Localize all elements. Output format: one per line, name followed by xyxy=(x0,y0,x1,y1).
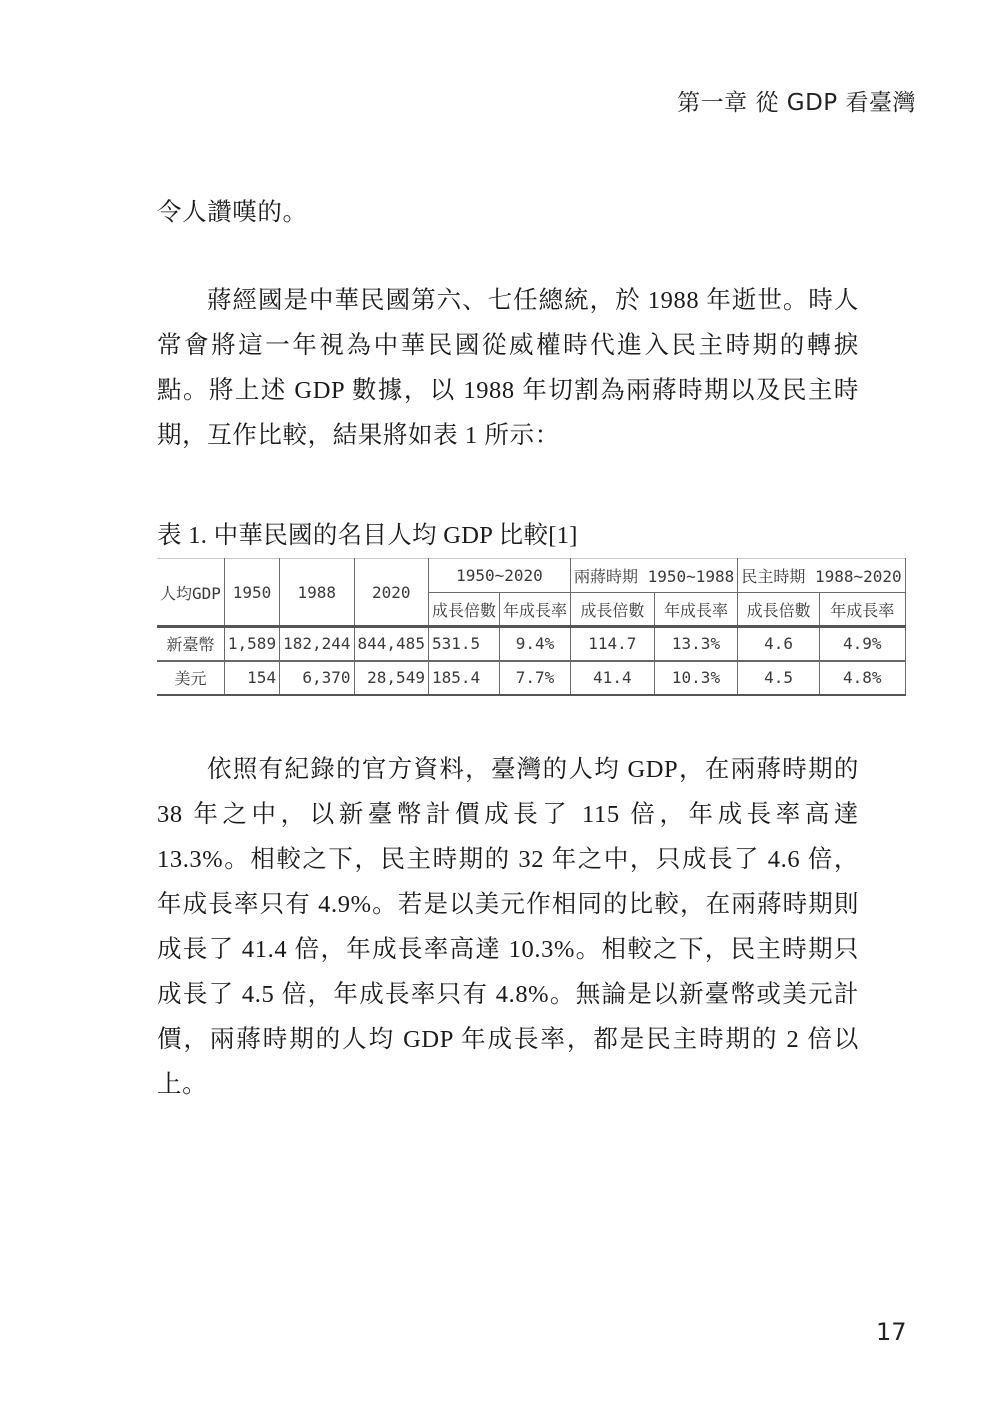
row-label: 美元 xyxy=(157,661,224,695)
table-cell: 154 xyxy=(224,661,279,695)
sub-header-growth-multiple: 成長倍數 xyxy=(428,593,499,627)
table-cell: 844,485 xyxy=(354,627,428,661)
year-header-2020: 2020 xyxy=(354,559,428,627)
sub-header-annual-growth: 年成長率 xyxy=(819,593,905,627)
table-cell: 531.5 xyxy=(428,627,499,661)
sub-header-growth-multiple: 成長倍數 xyxy=(570,593,654,627)
table-cell: 114.7 xyxy=(570,627,654,661)
paragraph-gdp-analysis: 依照有紀錄的官方資料，臺灣的人均 GDP，在兩蔣時期的 38 年之中，以新臺幣計… xyxy=(157,747,859,1107)
page-number: 17 xyxy=(876,1318,907,1346)
table-row-usd: 美元 154 6,370 28,549 185.4 7.7% 41.4 10.3… xyxy=(157,661,905,695)
table-cell: 13.3% xyxy=(654,627,738,661)
running-head: 第一章 從 GDP 看臺灣 xyxy=(677,84,916,117)
sub-header-growth-multiple: 成長倍數 xyxy=(738,593,819,627)
table-cell: 4.8% xyxy=(819,661,905,695)
table-cell: 4.6 xyxy=(738,627,819,661)
table-cell: 1,589 xyxy=(224,627,279,661)
table-cell: 7.7% xyxy=(499,661,570,695)
table-cell: 185.4 xyxy=(428,661,499,695)
row-label: 新臺幣 xyxy=(157,627,224,661)
period-header-overall: 1950~2020 xyxy=(428,559,570,593)
table-cell: 10.3% xyxy=(654,661,738,695)
gdp-comparison-table: 人均GDP 1950 1988 2020 1950~2020 兩蔣時期 1950… xyxy=(157,558,906,696)
table-cell: 9.4% xyxy=(499,627,570,661)
table-cell: 4.5 xyxy=(738,661,819,695)
corner-header: 人均GDP xyxy=(157,559,224,627)
period-header-chiang-era: 兩蔣時期 1950~1988 xyxy=(570,559,737,593)
sub-header-annual-growth: 年成長率 xyxy=(499,593,570,627)
table-caption: 表 1. 中華民國的名目人均 GDP 比較[1] xyxy=(157,516,578,551)
gdp-comparison-table-container: 人均GDP 1950 1988 2020 1950~2020 兩蔣時期 1950… xyxy=(157,558,859,695)
table-cell: 28,549 xyxy=(354,661,428,695)
table-cell: 4.9% xyxy=(819,627,905,661)
sub-header-annual-growth: 年成長率 xyxy=(654,593,738,627)
year-header-1988: 1988 xyxy=(280,559,354,627)
paragraph-chiang-ching-kuo: 蔣經國是中華民國第六、七任總統，於 1988 年逝世。時人常會將這一年視為中華民… xyxy=(157,278,859,458)
table-cell: 182,244 xyxy=(280,627,354,661)
year-header-1950: 1950 xyxy=(224,559,279,627)
table-cell: 41.4 xyxy=(570,661,654,695)
table-cell: 6,370 xyxy=(280,661,354,695)
period-header-democratic-era: 民主時期 1988~2020 xyxy=(738,559,905,593)
paragraph-intro-end: 令人讚嘆的。 xyxy=(157,190,859,235)
table-row-ntd: 新臺幣 1,589 182,244 844,485 531.5 9.4% 114… xyxy=(157,627,905,661)
